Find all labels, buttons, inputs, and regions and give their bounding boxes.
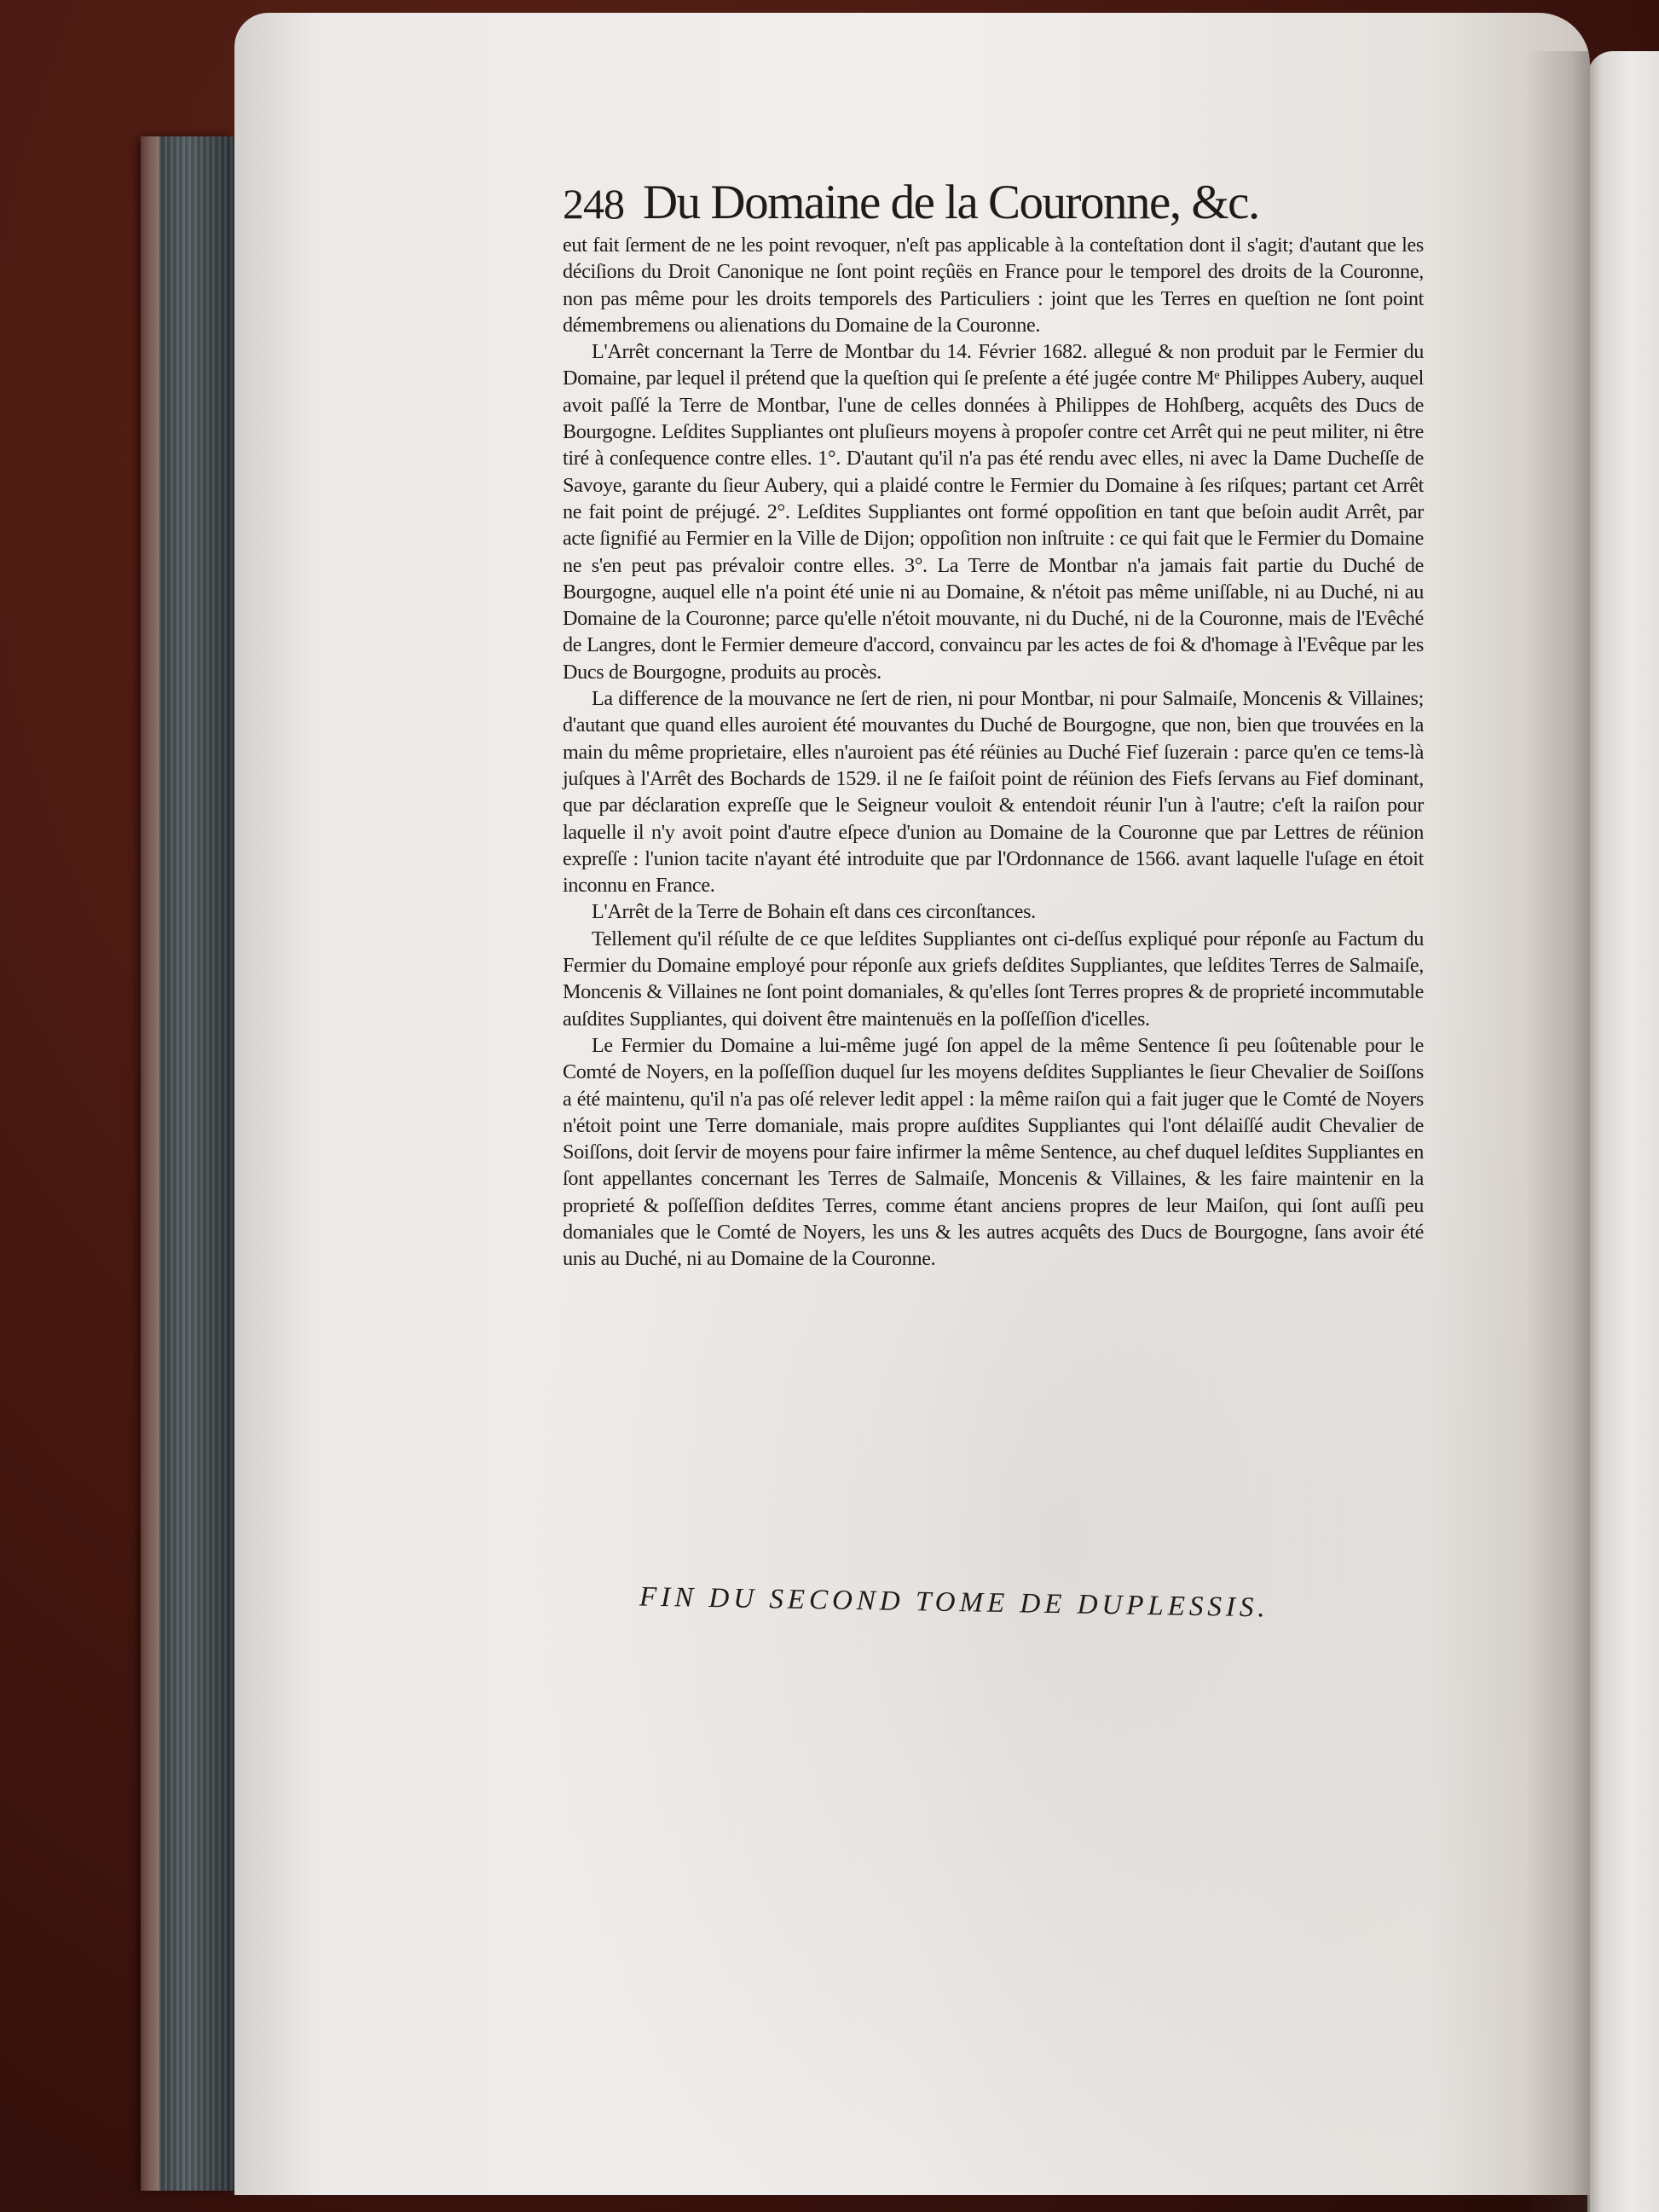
- gutter-shadow: [1526, 51, 1590, 2212]
- running-title: Du Domaine de la Couronne, &c.: [643, 175, 1259, 230]
- paragraph: L'Arrêt concernant la Terre de Montbar d…: [563, 338, 1424, 685]
- running-head: 248 Du Domaine de la Couronne, &c.: [563, 175, 1424, 230]
- book-fore-edge: [141, 136, 234, 2191]
- paragraph: eut fait ſerment de ne les point revoque…: [563, 232, 1424, 338]
- paragraph: L'Arrêt de la Terre de Bohain eſt dans c…: [563, 898, 1424, 925]
- page-number: 248: [563, 179, 624, 228]
- page-text-block: 248 Du Domaine de la Couronne, &c. eut f…: [563, 175, 1424, 1273]
- paragraph: Tellement qu'il réſulte de ce que leſdit…: [563, 926, 1424, 1032]
- facing-page: [1587, 51, 1659, 2212]
- paragraph: Le Fermier du Domaine a lui-même jugé ſo…: [563, 1032, 1424, 1273]
- paragraph: La difference de la mouvance ne ſert de …: [563, 685, 1424, 898]
